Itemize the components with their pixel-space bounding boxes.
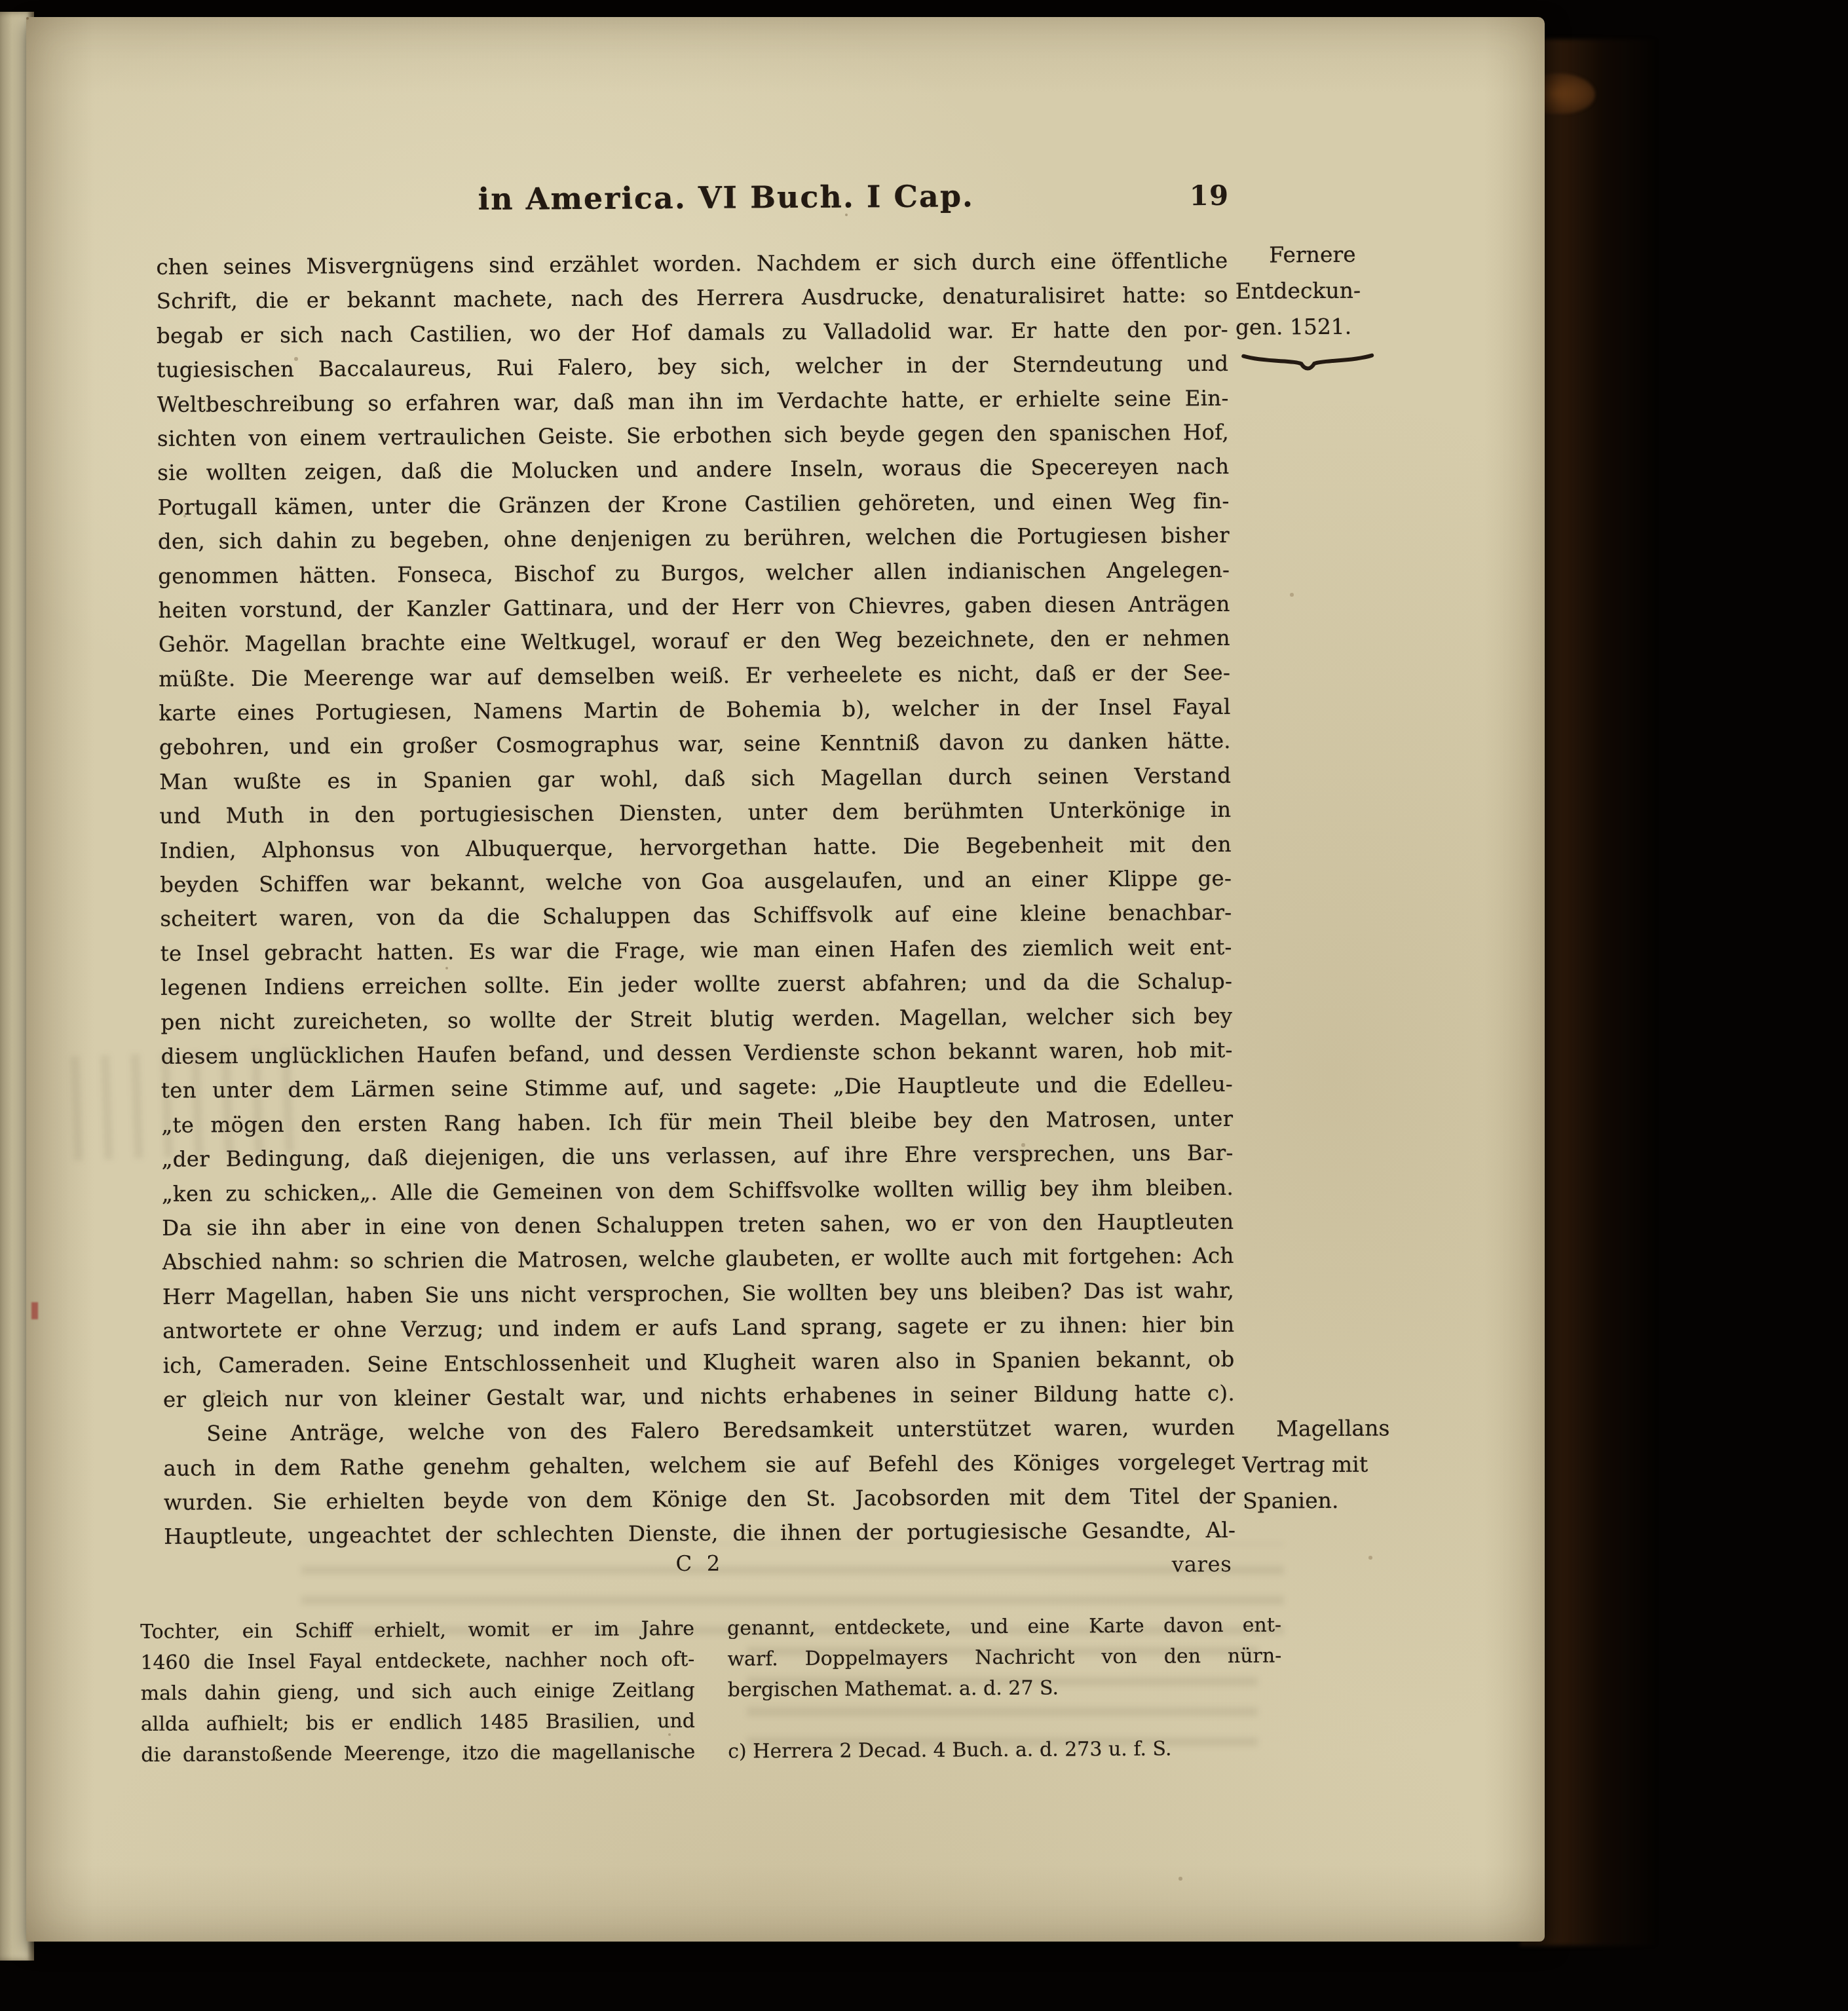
footnote-column-left: Tochter, ein Schiff erhielt, womit er im… [140, 1613, 695, 1771]
body-line: Schrift, die er bekannt machete, nach de… [157, 278, 1228, 318]
text-area: in America. VI Buch. I Cap. 19 chen sein… [20, 12, 1551, 1946]
body-line: den, sich dahin zu begeben, ohne denjeni… [158, 518, 1230, 559]
body-line: scheitert waren, von da die Schaluppen d… [160, 895, 1232, 936]
body-line: Seine Anträge, welche von des Falero Ber… [163, 1410, 1235, 1451]
body-line: antwortete er ohne Verzug; und indem er … [162, 1307, 1234, 1348]
footnote-line: mals dahin gieng, und sich auch einige Z… [140, 1675, 694, 1709]
margin-note-line: Entdeckun- [1235, 272, 1389, 309]
footnote-line: die daranstoßende Meerenge, itzo die mag… [141, 1737, 695, 1771]
signature-row: C 2 vares [164, 1548, 1235, 1588]
body-line: und Muth in den portugiesischen Diensten… [159, 793, 1231, 833]
body-line: tugiesischen Baccalaureus, Rui Falero, b… [157, 347, 1228, 387]
body-line: ten unter dem Lärmen seine Stimme auf, u… [161, 1067, 1233, 1108]
book-page: in America. VI Buch. I Cap. 19 chen sein… [26, 17, 1545, 1942]
body-line: Gehör. Magellan brachte eine Weltkugel, … [159, 621, 1230, 662]
body-line: „der Bedingung, daß diejenigen, die uns … [162, 1136, 1234, 1176]
running-title: in America. VI Buch. I Cap. [478, 178, 975, 217]
page-number: 19 [1190, 179, 1230, 212]
margin-note-magellans-vertrag: Magellans Vertrag mit Spanien. [1242, 1410, 1397, 1518]
footnote-line: allda aufhielt; bis er endlich 1485 Bras… [141, 1706, 695, 1740]
body-line: legenen Indiens erreichen sollte. Ein je… [160, 964, 1232, 1005]
footnote-line-herrera: c) Herrera 2 Decad. 4 Buch. a. d. 273 u.… [728, 1733, 1282, 1767]
page-header: in America. VI Buch. I Cap. 19 [130, 177, 1230, 225]
paper-speckles [26, 17, 29, 20]
footnote-line: bergischen Mathemat. a. d. 27 S. [727, 1671, 1281, 1705]
body-line: Abschied nahm: so schrien die Matrosen, … [162, 1239, 1234, 1279]
footnote-line: genannt, entdeckete, und eine Karte davo… [727, 1609, 1281, 1644]
margin-note-fernere-entdeckungen: Fernere Entdeckun- gen. 1521. [1235, 236, 1390, 345]
scan-background: { "doc": { "header": { "running_title": … [0, 0, 1848, 2011]
footnotes: Tochter, ein Schiff erhielt, womit er im… [140, 1609, 1283, 1617]
margin-note-brace-flourish [1239, 348, 1376, 377]
footnote-line: 1460 die Insel Fayal entdeckete, nachher… [140, 1644, 694, 1678]
margin-note-line: gen. 1521. [1235, 308, 1390, 345]
margin-note-line: Vertrag mit [1242, 1446, 1397, 1482]
body-text: chen seines Misvergnügens sind erzählet … [156, 244, 1235, 1588]
body-line: sie wollten zeigen, daß die Molucken und… [157, 449, 1229, 490]
margin-note-line: Magellans [1242, 1410, 1397, 1446]
footnote-line: warf. Doppelmayers Nachricht von den nür… [727, 1640, 1281, 1674]
margin-note-line: Spanien. [1243, 1482, 1397, 1518]
footnote-column-right: genannt, entdeckete, und eine Karte davo… [727, 1609, 1282, 1767]
footnote-line: Tochter, ein Schiff erhielt, womit er im… [140, 1613, 694, 1647]
catchword: vares [1172, 1552, 1232, 1577]
footnote-spacer [728, 1702, 1282, 1736]
margin-note-line: Fernere [1235, 236, 1389, 273]
